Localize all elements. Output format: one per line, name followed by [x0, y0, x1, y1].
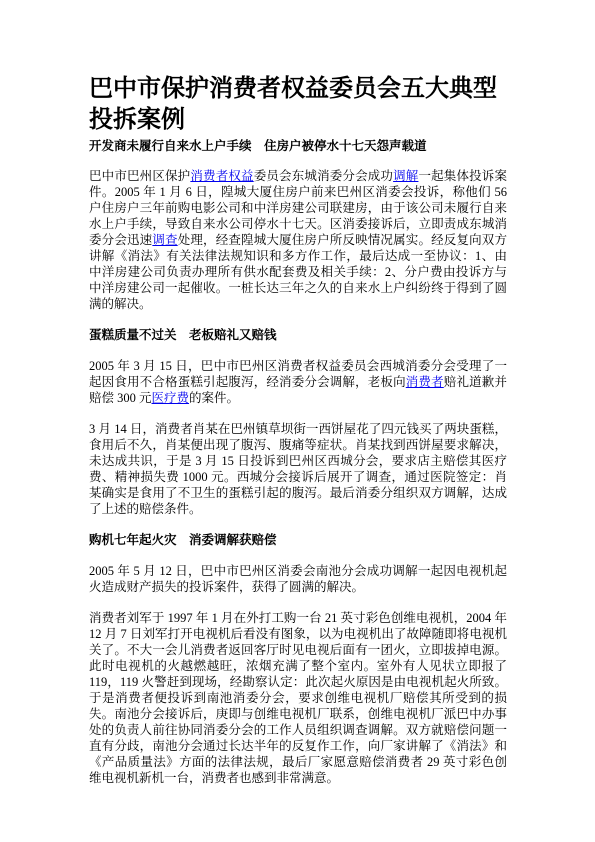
section-heading: 购机七年起火灾 消委调解获赔偿: [89, 532, 507, 548]
text-run: 3 月 14 日，消费者肖某在巴州镇草坝街一西饼屋花了四元钱买了两块蛋糕，食用后…: [89, 422, 507, 516]
paragraph: 2005 年 3 月 15 日，巴中市巴州区消费者权益委员会西城消委分会受理了一…: [89, 358, 507, 406]
text-run: 的案件。: [189, 391, 239, 405]
section-heading: 蛋糕质量不过关 老板赔礼又赔钱: [89, 327, 507, 343]
paragraph: 2005 年 5 月 12 日，巴中市巴州区消委会南池分会成功调解一起因电视机起…: [89, 563, 507, 595]
document-page: 巴中市保护消费者权益委员会五大典型投拆案例 开发商未履行自来水上户手续 住房户被…: [0, 0, 595, 842]
paragraph: 3 月 14 日，消费者肖某在巴州镇草坝街一西饼屋花了四元钱买了两块蛋糕，食用后…: [89, 421, 507, 517]
inline-link[interactable]: 调查: [152, 233, 177, 247]
text-run: 巴中市巴州区保护: [89, 169, 190, 183]
text-run: 2005 年 5 月 12 日，巴中市巴州区消委会南池分会成功调解一起因电视机起…: [89, 564, 507, 594]
document-subtitle: 开发商未履行自来水上户手续 住房户被停水十七天怨声载道: [89, 138, 507, 154]
inline-link[interactable]: 消费者: [406, 375, 444, 389]
paragraph: 巴中市巴州区保护消费者权益委员会东城消委分会成功调解一起集体投诉案件。2005 …: [89, 168, 507, 312]
text-run: 消费者刘军于 1997 年 1 月在外打工购一台 21 英寸彩色创维电视机，20…: [89, 611, 507, 785]
inline-link[interactable]: 医疗费: [152, 391, 190, 405]
paragraph: 消费者刘军于 1997 年 1 月在外打工购一台 21 英寸彩色创维电视机，20…: [89, 610, 507, 786]
document-title: 巴中市保护消费者权益委员会五大典型投拆案例: [89, 74, 507, 136]
inline-link[interactable]: 消费者权益: [190, 169, 253, 183]
page-background: { "document": { "link_color": "#0000ee",…: [0, 0, 595, 842]
text-run: 委员会东城消委分会成功: [254, 169, 393, 183]
document-body: 巴中市巴州区保护消费者权益委员会东城消委分会成功调解一起集体投诉案件。2005 …: [89, 168, 507, 786]
inline-link[interactable]: 调解: [393, 169, 418, 183]
